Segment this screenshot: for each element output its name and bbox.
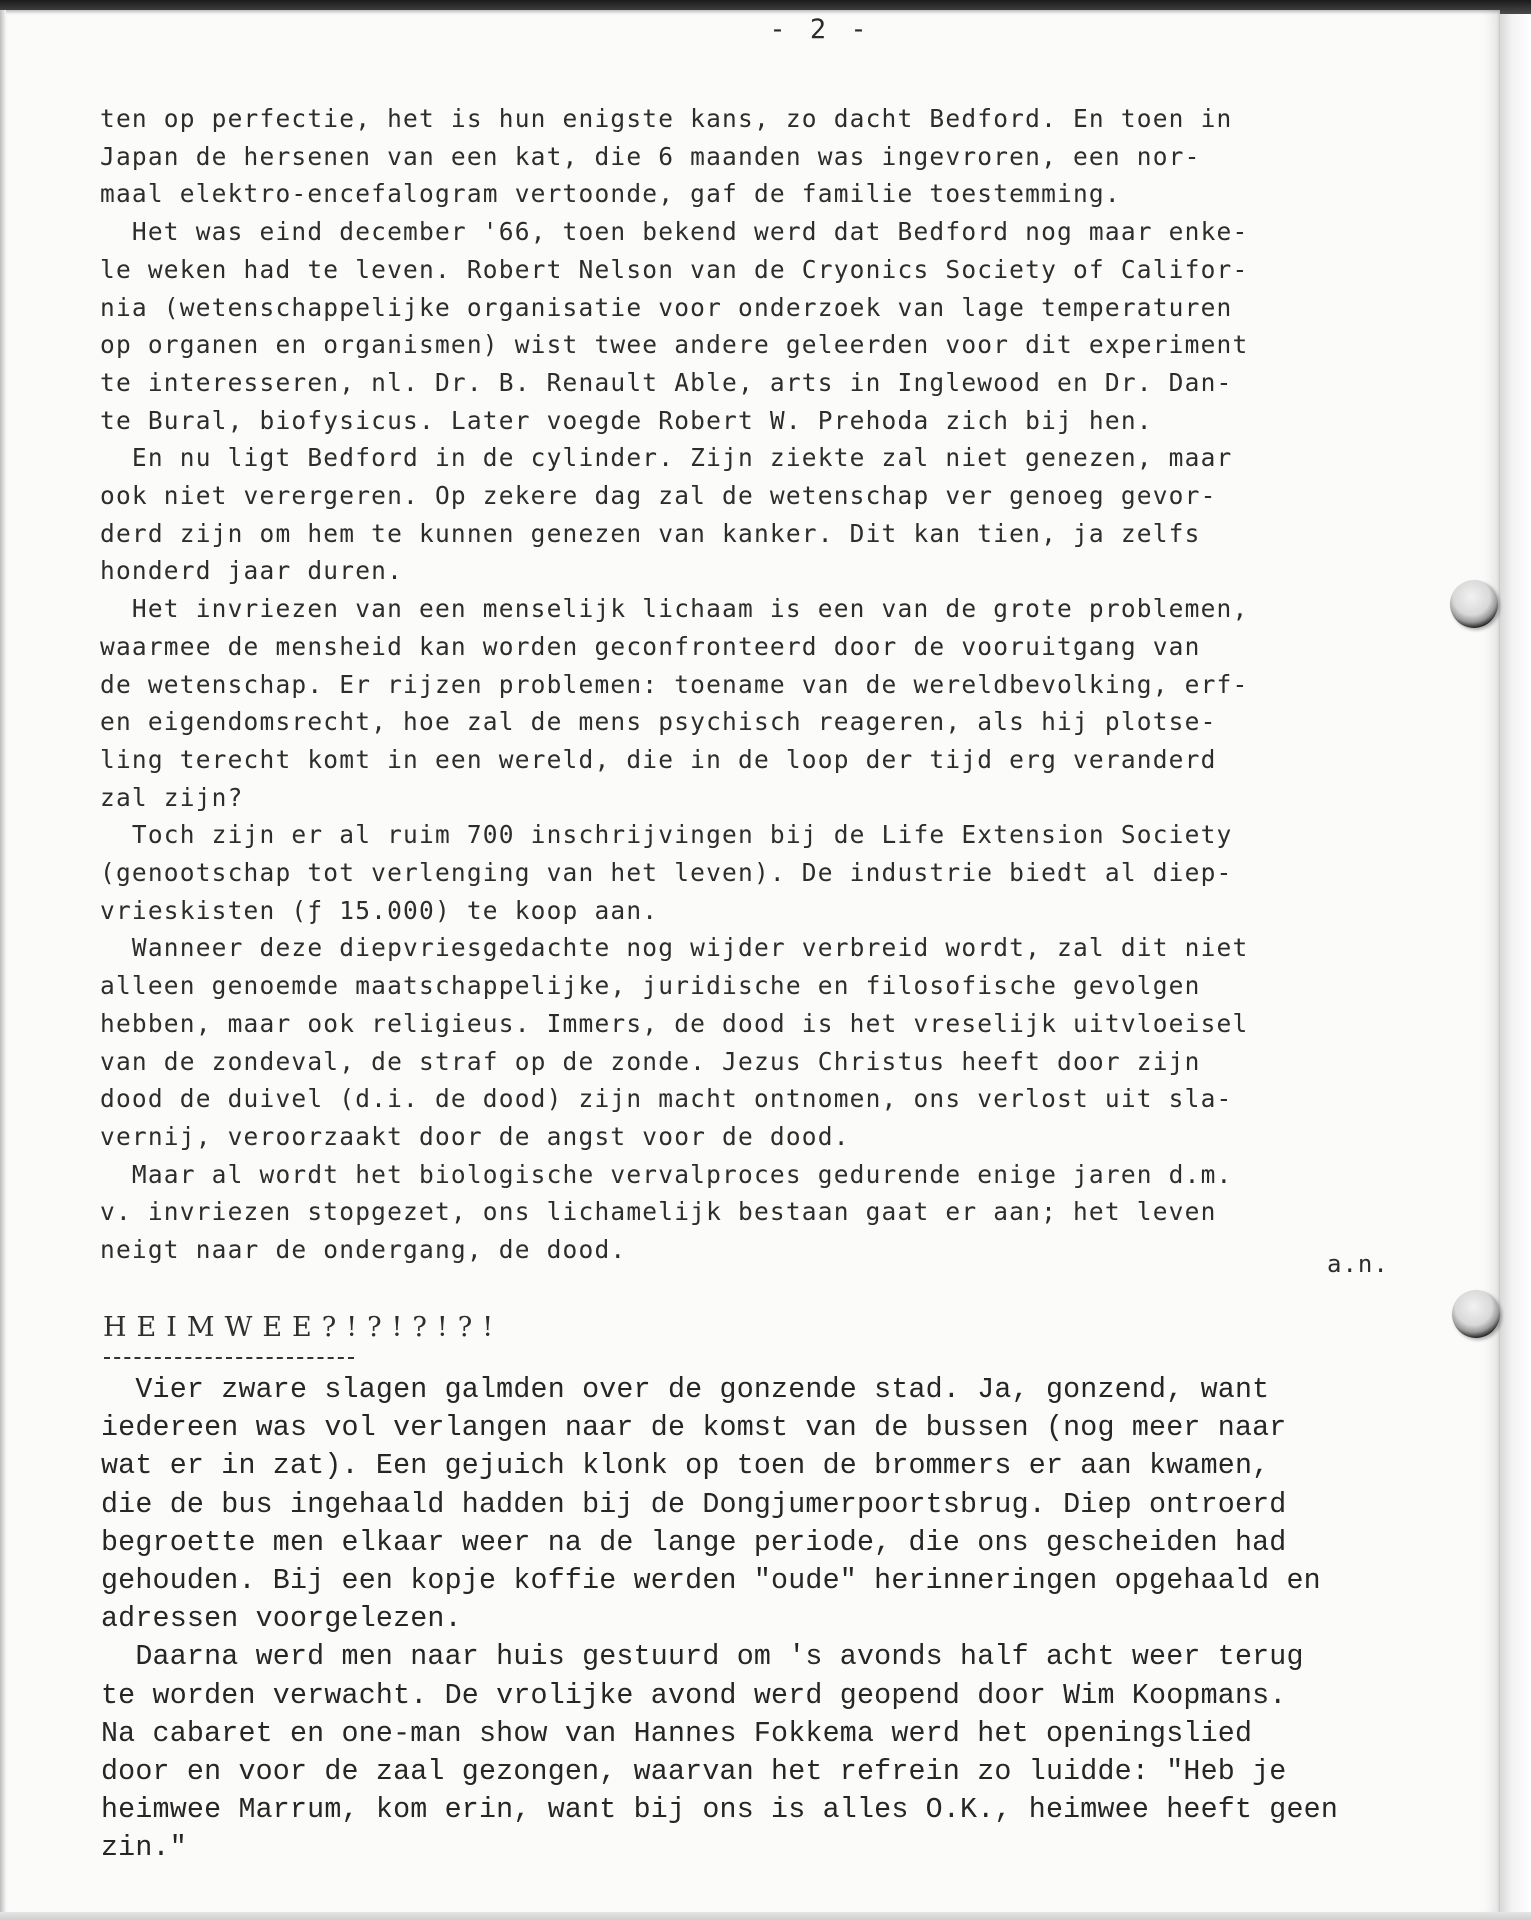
text-line: die de bus ingehaald hadden bij de Dongj… bbox=[101, 1486, 1338, 1524]
page-bottom-edge bbox=[0, 1912, 1531, 1920]
text-line: Het was eind december '66, toen bekend w… bbox=[100, 213, 1248, 251]
text-line: Vier zware slagen galmden over de gonzen… bbox=[101, 1371, 1338, 1409]
text-line: Het invriezen van een menselijk lichaam … bbox=[100, 590, 1248, 628]
text-line: van de zondeval, de straf op de zonde. J… bbox=[100, 1043, 1248, 1081]
text-line: de wetenschap. Er rijzen problemen: toen… bbox=[100, 666, 1248, 704]
text-line: en eigendomsrecht, hoe zal de mens psych… bbox=[100, 703, 1248, 741]
text-line: adressen voorgelezen. bbox=[101, 1600, 1338, 1638]
text-line: heimwee Marrum, kom erin, want bij ons i… bbox=[101, 1791, 1338, 1829]
text-line: op organen en organismen) wist twee ande… bbox=[100, 326, 1248, 364]
page-left-edge bbox=[0, 10, 6, 1920]
text-line: iedereen was vol verlangen naar de komst… bbox=[101, 1409, 1338, 1447]
text-line: dood de duivel (d.i. de dood) zijn macht… bbox=[100, 1080, 1248, 1118]
text-line: honderd jaar duren. bbox=[100, 552, 1248, 590]
text-line: (genootschap tot verlenging van het leve… bbox=[100, 854, 1248, 892]
text-line: gehouden. Bij een kopje koffie werden "o… bbox=[101, 1562, 1338, 1600]
text-line: v. invriezen stopgezet, ons lichamelijk … bbox=[100, 1193, 1248, 1231]
article-heimwee-body: Vier zware slagen galmden over de gonzen… bbox=[101, 1371, 1338, 1868]
page-right-edge bbox=[1500, 14, 1531, 1920]
text-line: vrieskisten (ƒ 15.000) te koop aan. bbox=[100, 892, 1248, 930]
text-line: door en voor de zaal gezongen, waarvan h… bbox=[101, 1753, 1338, 1791]
text-line: neigt naar de ondergang, de dood. bbox=[100, 1231, 1248, 1269]
text-line: te interesseren, nl. Dr. B. Renault Able… bbox=[100, 364, 1248, 402]
binder-hole-icon bbox=[1452, 1290, 1500, 1338]
heading-underline bbox=[104, 1357, 354, 1359]
text-line: Daarna werd men naar huis gestuurd om 's… bbox=[101, 1638, 1338, 1676]
text-line: nia (wetenschappelijke organisatie voor … bbox=[100, 289, 1248, 327]
text-line: Na cabaret en one-man show van Hannes Fo… bbox=[101, 1715, 1338, 1753]
text-line: zin." bbox=[101, 1829, 1338, 1867]
text-line: hebben, maar ook religieus. Immers, de d… bbox=[100, 1005, 1248, 1043]
text-line: En nu ligt Bedford in de cylinder. Zijn … bbox=[100, 439, 1248, 477]
text-line: zal zijn? bbox=[100, 779, 1248, 817]
text-line: vernij, veroorzaakt door de angst voor d… bbox=[100, 1118, 1248, 1156]
text-line: Wanneer deze diepvriesgedachte nog wijde… bbox=[100, 929, 1248, 967]
text-line: maal elektro-encefalogram vertoonde, gaf… bbox=[100, 175, 1248, 213]
page-number: - 2 - bbox=[0, 14, 1531, 45]
text-line: Japan de hersenen van een kat, die 6 maa… bbox=[100, 138, 1248, 176]
text-line: begroette men elkaar weer na de lange pe… bbox=[101, 1524, 1338, 1562]
text-line: te Bural, biofysicus. Later voegde Rober… bbox=[100, 402, 1248, 440]
text-line: Toch zijn er al ruim 700 inschrijvingen … bbox=[100, 816, 1248, 854]
text-line: ling terecht komt in een wereld, die in … bbox=[100, 741, 1248, 779]
text-line: Maar al wordt het biologische vervalproc… bbox=[100, 1156, 1248, 1194]
text-line: wat er in zat). Een gejuich klonk op toe… bbox=[101, 1447, 1338, 1485]
article-heimwee-heading: HEIMWEE?!?!?!?! bbox=[103, 1312, 503, 1343]
text-line: te worden verwacht. De vrolijke avond we… bbox=[101, 1677, 1338, 1715]
article-cryonics-body: ten op perfectie, het is hun enigste kan… bbox=[100, 100, 1248, 1269]
text-line: le weken had te leven. Robert Nelson van… bbox=[100, 251, 1248, 289]
text-line: alleen genoemde maatschappelijke, juridi… bbox=[100, 967, 1248, 1005]
binder-hole-icon bbox=[1450, 580, 1498, 628]
text-line: ook niet verergeren. Op zekere dag zal d… bbox=[100, 477, 1248, 515]
text-line: derd zijn om hem te kunnen genezen van k… bbox=[100, 515, 1248, 553]
text-line: ten op perfectie, het is hun enigste kan… bbox=[100, 100, 1248, 138]
article-signature: a.n. bbox=[1327, 1250, 1389, 1278]
text-line: waarmee de mensheid kan worden geconfron… bbox=[100, 628, 1248, 666]
